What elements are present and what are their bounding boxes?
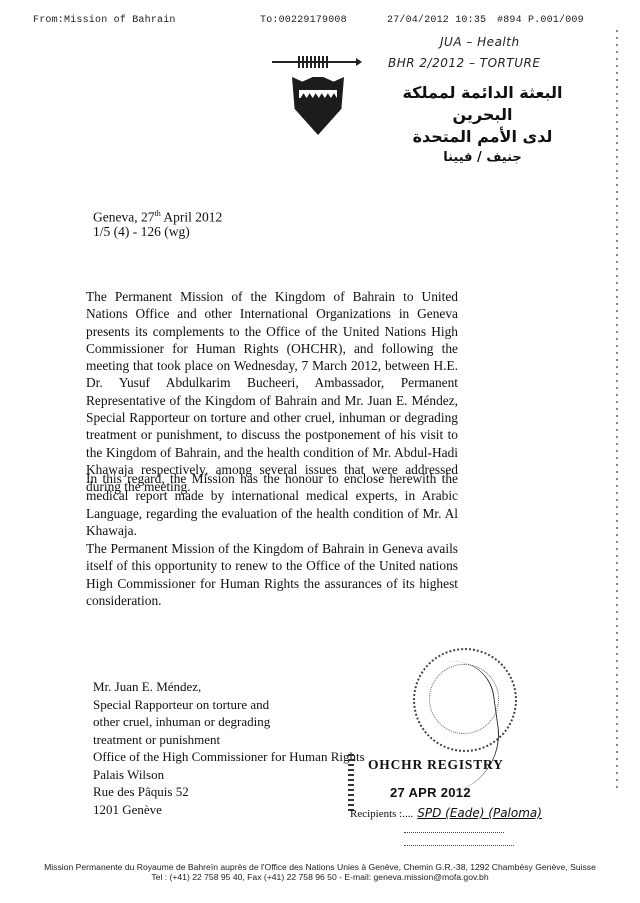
footer-address: Mission Permanente du Royaume de Bahreïn… (0, 862, 640, 872)
footer-contact: Tel : (+41) 22 758 95 40, Fax (+41) 22 7… (0, 872, 640, 882)
registry-title: OHCHR REGISTRY (368, 757, 504, 773)
bahrain-coat-of-arms-icon (268, 53, 368, 133)
stamp-dotted-line (404, 832, 504, 833)
addressee-line: Palais Wilson (93, 766, 365, 784)
fax-transmission-header: From:Mission of Bahrain To:00229179008 2… (0, 15, 640, 29)
emblem-crown-decoration (298, 56, 328, 68)
fax-datetime: 27/04/2012 10:35 (387, 15, 486, 26)
arabic-letterhead-line-3: جنيف / فيينا (375, 148, 590, 168)
addressee-line: Office of the High Commissioner for Huma… (93, 748, 365, 766)
arabic-letterhead-line-1: البعثة الدائمة لمملكة البحرين (375, 82, 590, 126)
addressee-line: Mr. Juan E. Méndez, (93, 678, 365, 696)
handwritten-note-reference: BHR 2/2012 – TORTURE (388, 56, 540, 70)
fax-from: From:Mission of Bahrain (33, 15, 176, 26)
letterhead-footer: Mission Permanente du Royaume de Bahreïn… (0, 862, 640, 882)
body-paragraph-2: In this regard, the Mission has the hono… (86, 470, 458, 539)
recipients-line: Recipients :....SPD (Eade) (Paloma) (350, 806, 542, 820)
body-paragraph-1: The Permanent Mission of the Kingdom of … (86, 288, 458, 496)
reference-number: 1/5 (4) - 126 (wg) (93, 223, 190, 240)
body-paragraph-3: The Permanent Mission of the Kingdom of … (86, 540, 458, 609)
addressee-line: treatment or punishment (93, 731, 365, 749)
addressee-block: Mr. Juan E. Méndez, Special Rapporteur o… (93, 678, 365, 818)
arabic-letterhead-line-2: لدى الأمم المتحدة (375, 126, 590, 148)
addressee-line: other cruel, inhuman or degrading (93, 713, 365, 731)
addressee-line: Special Rapporteur on torture and (93, 696, 365, 714)
stamp-edge-decoration (348, 754, 354, 814)
emblem-shield-icon (292, 77, 344, 135)
recipients-label: Recipients :.... (350, 808, 413, 820)
addressee-line: Rue des Pâquis 52 (93, 783, 365, 801)
recipients-value: SPD (Eade) (Paloma) (417, 806, 542, 820)
stamp-dotted-line (404, 845, 514, 846)
scan-margin-artifact (616, 30, 618, 790)
fax-page-number: #894 P.001/009 (497, 15, 584, 26)
fax-to: To:00229179008 (260, 15, 347, 26)
registry-date: 27 APR 2012 (390, 785, 471, 800)
handwritten-note-jua: JUA – Health (440, 35, 520, 49)
addressee-line: 1201 Genève (93, 801, 365, 819)
arabic-letterhead: البعثة الدائمة لمملكة البحرين لدى الأمم … (375, 82, 590, 168)
